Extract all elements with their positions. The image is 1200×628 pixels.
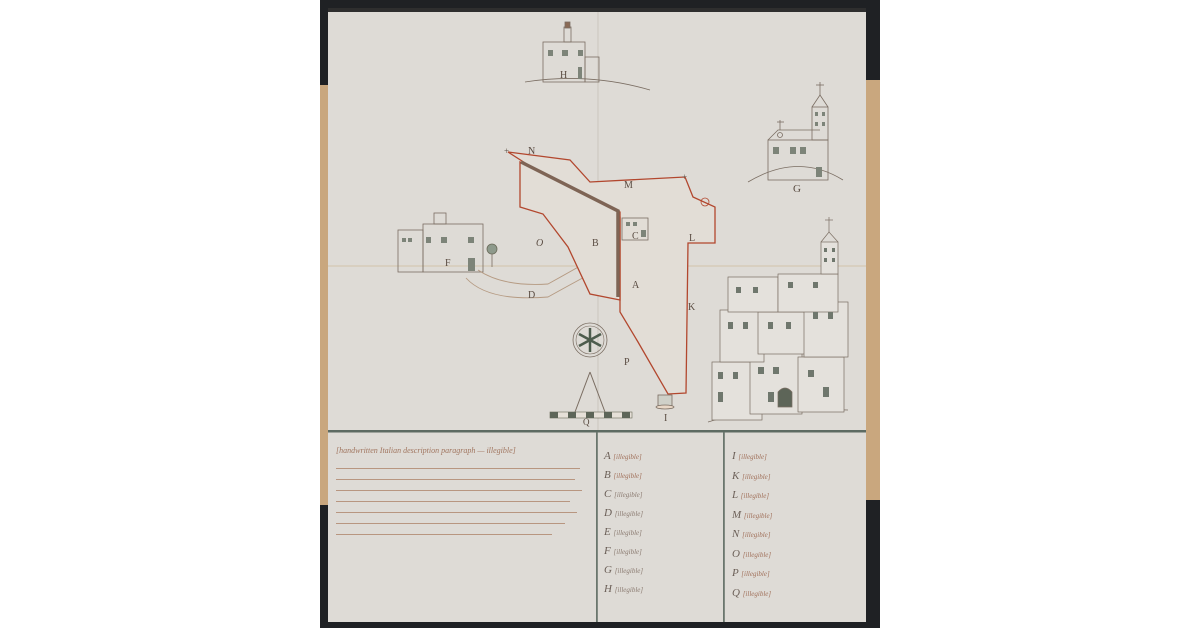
label-f: F — [445, 258, 451, 269]
legend-value: [illegible] — [614, 491, 642, 499]
legend-intro-text: [handwritten Italian description paragra… — [336, 444, 590, 458]
legend-entry: A [illegible] — [604, 450, 722, 469]
label-h: H — [560, 70, 567, 81]
legend-entry: N [illegible] — [732, 528, 862, 548]
legend-entry: H [illegible] — [604, 583, 722, 602]
legend-entry: M [illegible] — [732, 509, 862, 529]
legend-entry: D [illegible] — [604, 507, 722, 526]
legend-key: D — [604, 507, 612, 519]
building-h: H — [525, 22, 650, 90]
fountain-i — [656, 395, 674, 409]
building-f: F — [398, 213, 497, 272]
legend-key: G — [604, 564, 612, 576]
label-p: P — [624, 357, 630, 368]
label-k: K — [688, 302, 696, 313]
legend-entry: F [illegible] — [604, 545, 722, 564]
legend-intro-paragraph: [handwritten Italian description paragra… — [336, 444, 590, 594]
legend-value: [illegible] — [615, 510, 643, 518]
legend-value: [illegible] — [613, 548, 641, 556]
property-boundary: + + — [504, 146, 715, 394]
legend-value: [illegible] — [613, 529, 641, 537]
legend-entry: C [illegible] — [604, 488, 722, 507]
legend-value: [illegible] — [742, 531, 770, 539]
legend-entry: E [illegible] — [604, 526, 722, 545]
legend-key: P — [732, 567, 739, 579]
legend-entry: Q [illegible] — [732, 587, 862, 607]
legend-value: [illegible] — [743, 590, 771, 598]
legend-entry: I [illegible] — [732, 450, 862, 470]
legend-key: L — [732, 489, 738, 501]
label-q: Q — [583, 417, 590, 427]
label-n: N — [528, 146, 535, 157]
legend-key: N — [732, 528, 739, 540]
legend-key: O — [732, 548, 740, 560]
legend-value: [illegible] — [613, 472, 641, 480]
legend-value: [illegible] — [615, 586, 643, 594]
label-i: I — [664, 413, 667, 424]
legend-value: [illegible] — [743, 551, 771, 559]
legend-entry: L [illegible] — [732, 489, 862, 509]
legend-value: [illegible] — [741, 570, 769, 578]
legend-key: H — [604, 583, 612, 595]
handwriting-lines — [336, 468, 590, 535]
legend-entry: K [illegible] — [732, 470, 862, 490]
legend-value: [illegible] — [742, 473, 770, 481]
legend-key: E — [604, 526, 611, 538]
map-sheet: H G — [328, 8, 866, 622]
label-o: O — [536, 238, 543, 249]
compass-rose — [573, 323, 607, 357]
cross-mark: + — [504, 146, 509, 156]
town-e — [708, 217, 848, 422]
legend-value: [illegible] — [613, 453, 641, 461]
legend-entry: P [illegible] — [732, 567, 862, 587]
legend-value: [illegible] — [738, 453, 766, 461]
legend-value: [illegible] — [741, 492, 769, 500]
legend-key: C — [604, 488, 611, 500]
legend-key: Q — [732, 587, 740, 599]
label-b: B — [592, 238, 599, 249]
legend-column-right: I [illegible] K [illegible] L [illegible… — [732, 450, 862, 606]
label-g: G — [793, 183, 801, 195]
legend-value: [illegible] — [744, 512, 772, 520]
legend-key: A — [604, 450, 611, 462]
label-m: M — [624, 180, 633, 191]
label-l: L — [689, 233, 695, 244]
legend-entry: G [illegible] — [604, 564, 722, 583]
label-c: C — [632, 231, 639, 242]
legend-entry: O [illegible] — [732, 548, 862, 568]
church-g: G — [748, 82, 843, 195]
label-a: A — [632, 280, 640, 291]
label-d: D — [528, 290, 535, 301]
scale-bar — [550, 372, 632, 418]
legend-key: I — [732, 450, 736, 462]
legend-entry: B [illegible] — [604, 469, 722, 488]
legend-value: [illegible] — [615, 567, 643, 575]
cross-mark: + — [682, 172, 687, 182]
legend-key: K — [732, 470, 739, 482]
legend-column-middle: A [illegible] B [illegible] C [illegible… — [604, 450, 722, 602]
binding-edge-right — [866, 80, 880, 500]
legend-key: M — [732, 509, 741, 521]
legend-key: B — [604, 469, 611, 481]
legend-key: F — [604, 545, 611, 557]
